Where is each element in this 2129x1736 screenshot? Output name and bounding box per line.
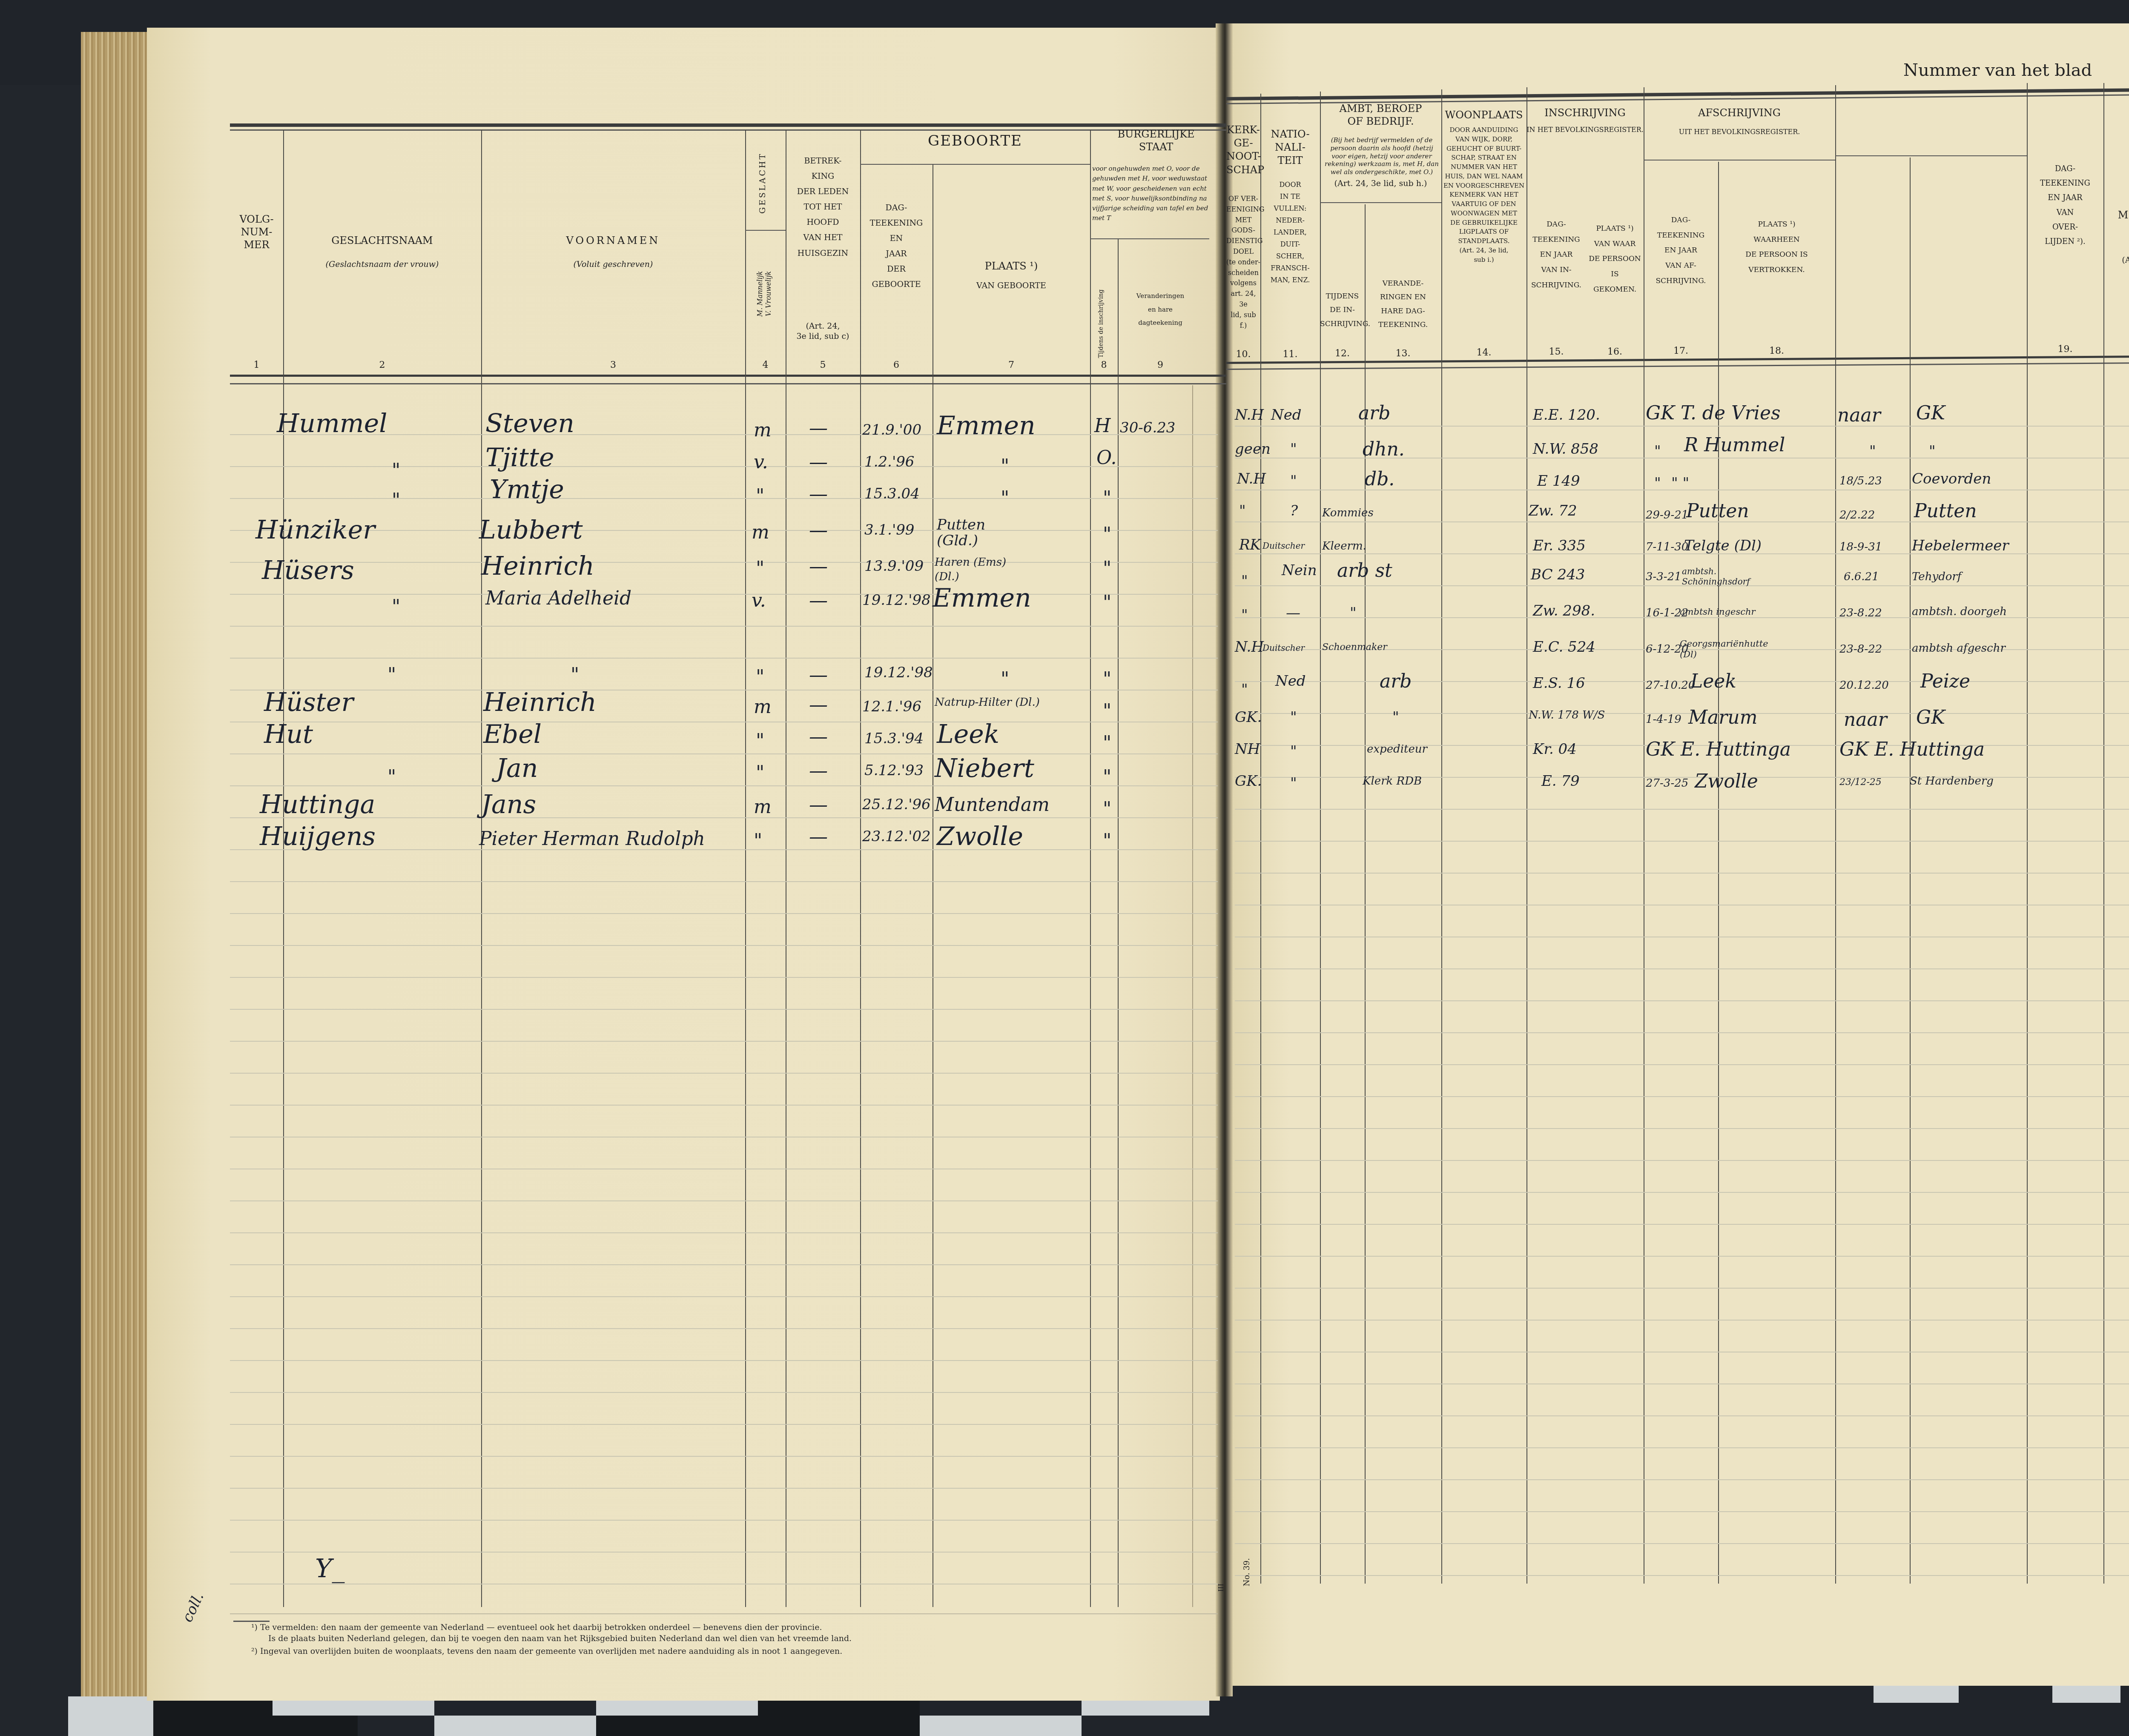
destination-cell: GK	[1916, 707, 1945, 728]
nationality-cell: "	[1290, 473, 1297, 490]
origin-cell: Zwolle	[1695, 771, 1758, 792]
civil-status-cell: "	[1103, 558, 1111, 579]
residence-cell: Kr. 04	[1533, 741, 1577, 758]
registration-cell: "	[1654, 475, 1661, 492]
sex-cell: v.	[752, 590, 766, 611]
firstnames-cell: Lubbert	[479, 515, 583, 545]
col20-number: 20.	[2103, 344, 2129, 355]
burgerlijke-staat-note: voor ongehuwden met O, voor de gehuwden …	[1092, 164, 1220, 223]
book-cover-left	[0, 85, 81, 1736]
col16-header: PLAATS ¹) VAN WAAR DE PERSOON IS GEKOMEN…	[1586, 221, 1644, 297]
col6-header: DAG- TEEKENING EN JAAR DER GEBOORTE	[860, 200, 933, 292]
birthplace-cell: Emmen	[933, 583, 1031, 613]
residence-cell: E.E. 120.	[1533, 407, 1600, 424]
origin-cell: ambtsh. Schöninghsdorf	[1682, 566, 1750, 587]
col6-number: 6	[860, 360, 933, 370]
col2-header: GESLACHTSNAAM	[283, 234, 481, 247]
col18-number: 18.	[1718, 346, 1835, 356]
civil-status-cell: "	[1103, 798, 1111, 820]
origin-cell: R Hummel	[1684, 434, 1785, 456]
deregistration-cell: 6.6.21	[1844, 570, 1879, 583]
surname-cell: "	[387, 766, 396, 788]
col8-number: 8	[1090, 360, 1118, 370]
nationality-cell: —	[1286, 604, 1300, 622]
civil-changes-cell: 30-6.23	[1120, 419, 1175, 436]
residence-cell: Zw. 298.	[1533, 602, 1595, 619]
surname-cell: Hüster	[264, 688, 353, 717]
nationality-cell: "	[1290, 743, 1297, 760]
destination-cell: Coevorden	[1912, 470, 1991, 487]
origin-cell: Telgte (Dl)	[1684, 537, 1762, 554]
civil-status-cell: "	[1103, 668, 1111, 690]
firstnames-cell: Ebel	[483, 719, 542, 749]
birthplace-cell: Muntendam	[935, 794, 1050, 816]
destination-cell: Hebelermeer	[1912, 537, 2009, 554]
birthdate-cell: 5.12.'93	[864, 762, 924, 779]
civil-status-cell: H	[1094, 415, 1110, 437]
destination-cell: "	[1929, 443, 1936, 460]
col3-number: 3	[481, 360, 745, 370]
col3-header: VOORNAMEN	[481, 234, 745, 247]
birthplace-cell: Emmen	[937, 411, 1036, 441]
destination-cell: Tehydorf	[1912, 570, 1962, 583]
residence-cell: E 149	[1537, 473, 1580, 490]
relation-cell: —	[809, 726, 828, 748]
col12-number: 12.	[1320, 348, 1365, 359]
deregistration-cell: 23/12-25	[1839, 777, 1882, 788]
nationality-cell: Ned	[1271, 407, 1302, 424]
birthplace-cell: "	[1001, 668, 1009, 690]
col9-header: Veranderingen en hare dagteekening	[1118, 289, 1203, 330]
origin-cell: " "	[1671, 475, 1689, 492]
deregistration-cell: 20.12.20	[1839, 679, 1889, 692]
sex-cell: m	[754, 696, 772, 718]
firstnames-cell: Jans	[481, 790, 536, 819]
col19-number: 19.	[2027, 344, 2103, 355]
col5-header: BETREK- KING DER LEDEN TOT HET HOOFD VAN…	[786, 153, 860, 261]
birthplace-cell: Natrup-Hilter (Dl.)	[935, 696, 1041, 709]
registration-cell: 27-3-25	[1646, 777, 1688, 790]
inschrijving-group-header: INSCHRIJVING	[1526, 106, 1644, 119]
destination-cell: ambtsh afgeschr	[1912, 642, 2006, 655]
civil-status-cell: "	[1103, 592, 1111, 613]
afschrijving-subheader: UIT HET BEVOLKINGSREGISTER.	[1644, 128, 1835, 136]
firstnames-cell: Pieter Herman Rudolph	[479, 828, 705, 850]
registration-cell: GK T. de Vries	[1646, 402, 1781, 424]
form-number: No. 39.	[1242, 1558, 1252, 1586]
relation-cell: —	[809, 556, 828, 577]
inschrijving-subheader: IN HET BEVOLKINGSREGISTER.	[1526, 126, 1644, 134]
occupation-cell: Kleerm.	[1322, 540, 1366, 553]
deregistration-cell: 23-8.22	[1839, 607, 1882, 619]
col10-header: KERK- GE- NOOT- SCHAP	[1226, 123, 1260, 177]
sex-cell: m	[752, 521, 769, 543]
page-stack-edge	[81, 32, 149, 1701]
occupation-cell: arb st	[1337, 560, 1392, 582]
deregistration-cell: 18-9-31	[1839, 541, 1882, 553]
church-cell: "	[1239, 502, 1246, 519]
surname-cell: "	[392, 460, 400, 481]
surname-cell: "	[392, 490, 400, 511]
origin-cell: Putten	[1686, 500, 1749, 522]
relation-cell: —	[809, 760, 828, 782]
deregistration-cell: naar	[1837, 404, 1881, 426]
birthdate-cell: 23.12.'02	[862, 828, 931, 845]
church-cell: NH	[1235, 741, 1260, 758]
col16-number: 16.	[1586, 347, 1644, 357]
relation-cell: —	[809, 451, 828, 473]
church-cell: GK.	[1235, 709, 1262, 726]
col13-number: 13.	[1365, 348, 1441, 359]
nationality-cell: Duitscher	[1262, 541, 1305, 551]
occupation-cell: expediteur	[1367, 743, 1427, 756]
col10-subheader: OF VER- EENIGING MET GODS- DIENSTIG DOEL…	[1226, 194, 1260, 331]
church-cell: GK.	[1235, 773, 1262, 790]
nationality-cell: Nein	[1282, 562, 1317, 579]
church-cell: "	[1241, 573, 1248, 590]
sex-cell: "	[754, 830, 762, 852]
col4-header: GESLACHT	[758, 140, 768, 226]
sex-cell: m	[754, 419, 772, 441]
birthplace-cell: Putten (Gld.)	[937, 517, 1022, 549]
col20-subheader: (Art. 24, 5e lid.)	[2103, 255, 2129, 266]
birthplace-cell: Niebert	[935, 753, 1034, 783]
col1-header: VOLG- NUM- MER	[230, 213, 283, 251]
col13-header: VERANDE- RINGEN EN HARE DAG- TEEKENING.	[1365, 277, 1441, 332]
occupation-cell: db.	[1365, 468, 1394, 490]
col5-subheader: (Art. 24, 3e lid, sub c)	[786, 321, 860, 342]
destination-cell: St Hardenberg	[1910, 775, 1994, 788]
footnote-1: ¹) Te vermelden: den naam der gemeente v…	[251, 1623, 822, 1632]
birthdate-cell: 13.9.'09	[864, 558, 924, 575]
sex-cell: m	[754, 796, 772, 818]
destination-cell: ambtsh. doorgeh	[1912, 605, 2007, 618]
deregistration-cell: 23-8-22	[1839, 643, 1882, 656]
birthdate-cell: 3.1.'99	[864, 521, 915, 539]
occupation-cell: "	[1392, 709, 1399, 726]
birthdate-cell: 1.2.'96	[864, 453, 915, 470]
firstnames-cell: "	[571, 664, 579, 686]
col3-subheader: (Voluit geschreven)	[481, 260, 745, 270]
col7-subheader: VAN GEBOORTE	[933, 281, 1090, 291]
col15-number: 15.	[1526, 347, 1586, 357]
birthdate-cell: 21.9.'00	[862, 421, 921, 438]
relation-cell: —	[809, 794, 828, 816]
col7-header: PLAATS ¹)	[933, 260, 1090, 272]
registration-cell: "	[1654, 443, 1661, 460]
birthplace-cell: Leek	[937, 719, 999, 749]
birthplace-cell: "	[1001, 487, 1009, 509]
registration-cell: 1-4-19	[1646, 713, 1681, 726]
col19-header: DAG- TEEKENING EN JAAR VAN OVER- LIJDEN …	[2027, 162, 2103, 249]
civil-status-cell: "	[1103, 524, 1111, 545]
surname-cell: Huijgens	[260, 822, 376, 851]
residence-cell: N.W. 858	[1533, 441, 1598, 458]
nationality-cell: "	[1290, 441, 1297, 458]
residence-cell: N.W. 178 W/S	[1529, 709, 1605, 722]
col14-subheader: DOOR AANDUIDING VAN WIJK, DORP, GEHUCHT …	[1441, 126, 1526, 264]
firstnames-cell: Jan	[496, 753, 538, 783]
col14-header: WOONPLAATS	[1441, 109, 1526, 121]
sex-cell: "	[756, 730, 764, 752]
residence-cell: E.C. 524	[1533, 639, 1595, 656]
occupation-cell: arb	[1358, 402, 1390, 424]
origin-cell: Marum	[1688, 707, 1757, 728]
church-cell: N.H	[1235, 407, 1264, 424]
deregistration-cell: naar	[1844, 709, 1887, 730]
civil-status-cell: "	[1103, 700, 1111, 722]
civil-status-cell: "	[1103, 830, 1111, 852]
col4-number: 4	[745, 360, 786, 370]
relation-cell: —	[809, 826, 828, 848]
col11-number: 11.	[1260, 349, 1320, 360]
sex-cell: "	[756, 762, 764, 784]
firstnames-cell: Steven	[485, 409, 574, 438]
nationality-cell: Duitscher	[1262, 643, 1305, 653]
burgerlijke-staat-group-header: BURGERLIJKE STAAT	[1090, 128, 1222, 153]
residence-cell: E. 79	[1541, 773, 1580, 790]
firstnames-cell: Heinrich	[481, 551, 594, 581]
origin-cell: ambtsh ingeschr	[1680, 607, 1756, 617]
ambt-article: (Art. 24, 3e lid, sub h.)	[1320, 179, 1441, 189]
registration-cell: 3-3-21	[1646, 570, 1681, 583]
ambt-group-header: AMBT, BEROEP OF BEDRIJF.	[1320, 102, 1441, 128]
deregistration-cell: 18/5.23	[1839, 475, 1882, 487]
gutter-mark: III	[1217, 1584, 1225, 1592]
residence-cell: BC 243	[1531, 566, 1585, 583]
firstnames-cell: Tjitte	[485, 443, 554, 473]
col11-subheader: DOOR IN TE VULLEN: NEDER- LANDER, DUIT- …	[1260, 179, 1320, 286]
registration-cell: 7-11-30	[1646, 541, 1688, 553]
relation-cell: —	[809, 664, 828, 686]
occupation-cell: "	[1350, 604, 1357, 622]
relation-cell: —	[809, 519, 828, 541]
nationality-cell: Ned	[1275, 673, 1306, 690]
registration-cell: GK E. Huttinga	[1646, 739, 1791, 760]
col11-header: NATIO- NALI- TEIT	[1260, 128, 1320, 168]
relation-cell: —	[809, 694, 828, 716]
surname-cell: Hünziker	[255, 515, 375, 545]
col7-number: 7	[933, 360, 1090, 370]
col17-number: 17.	[1644, 346, 1718, 356]
col14-number: 14.	[1441, 347, 1526, 358]
church-cell: N.H	[1237, 470, 1266, 487]
surname-cell: "	[387, 664, 396, 686]
geboorte-group-header: GEBOORTE	[860, 132, 1090, 150]
civil-status-cell: "	[1103, 732, 1111, 754]
birthplace-cell: Haren (Ems) (Dl.)	[935, 556, 1028, 584]
birthplace-cell: "	[1001, 455, 1009, 477]
sex-cell: "	[756, 558, 764, 579]
nationality-cell: "	[1290, 775, 1297, 792]
deregistration-cell: 2/2.22	[1839, 509, 1875, 521]
footnote-2: ²) Ingeval van overlijden buiten de woon…	[251, 1647, 842, 1656]
occupation-cell: Schoenmaker	[1322, 642, 1387, 653]
col12-header: TIJDENS DE IN- SCHRIJVING.	[1320, 289, 1365, 331]
residence-cell: Zw. 72	[1529, 502, 1577, 519]
destination-cell: Peize	[1920, 670, 1970, 692]
col17-header: DAG- TEEKENING EN JAAR VAN AF- SCHRIJVIN…	[1644, 213, 1718, 289]
nationality-cell: ?	[1290, 502, 1298, 519]
birthdate-cell: 12.1.'96	[862, 698, 921, 715]
col5-number: 5	[786, 360, 860, 370]
registration-cell: 27-10.20	[1646, 679, 1695, 692]
occupation-cell: arb	[1380, 670, 1412, 692]
birthplace-cell: Zwolle	[937, 822, 1023, 851]
church-cell: geen	[1235, 441, 1271, 458]
surname-cell: Hummel	[277, 409, 387, 438]
sex-cell: "	[756, 485, 764, 507]
birthdate-cell: 25.12.'96	[862, 796, 931, 813]
civil-status-cell: "	[1103, 487, 1111, 509]
nationality-cell: "	[1290, 709, 1297, 726]
relation-cell: —	[809, 417, 828, 439]
sheet-number-label: Nummer van het blad	[1903, 60, 2092, 81]
civil-status-cell: "	[1103, 766, 1111, 788]
footnote-rule	[233, 1621, 270, 1622]
church-cell: "	[1241, 607, 1248, 624]
afschrijving-group-header: AFSCHRIJVING	[1644, 106, 1835, 119]
col18-header: PLAATS ¹) WAARHEEN DE PERSOON IS VERTROK…	[1718, 217, 1835, 278]
registration-cell: 29-9-21	[1646, 509, 1688, 521]
deregistration-cell: "	[1869, 443, 1876, 460]
surname-cell: Huttinga	[260, 790, 375, 819]
col8-header: Tijdens de inschrijving	[1098, 281, 1105, 366]
church-cell: RK	[1239, 536, 1261, 553]
residence-cell: E.S. 16	[1533, 675, 1585, 692]
deregistration-cell: GK E. Huttinga	[1839, 739, 1985, 760]
church-cell: "	[1241, 681, 1248, 698]
firstnames-cell: Maria Adelheid	[485, 587, 631, 609]
bottom-initial-mark: Y_	[315, 1554, 345, 1584]
col10-number: 10.	[1226, 349, 1260, 360]
birthdate-cell: 19.12.'98	[864, 664, 933, 681]
occupation-cell: Kommies	[1322, 507, 1374, 519]
birthdate-cell: 15.3.'94	[864, 730, 924, 747]
col9-number: 9	[1118, 360, 1203, 370]
ambt-note: (Bij het bedrijf vermelden of de persoon…	[1324, 136, 1439, 176]
origin-cell: Georgsmariënhutte (Dl)	[1680, 639, 1748, 660]
col2-subheader: (Geslachtsnaam der vrouw)	[283, 260, 481, 270]
civil-status-cell: O.	[1096, 447, 1116, 469]
relation-cell: —	[809, 590, 828, 611]
firstnames-cell: Ymtje	[490, 475, 564, 504]
sex-cell: "	[756, 666, 764, 688]
col1-number: 1	[230, 360, 283, 370]
left-page	[147, 28, 1220, 1701]
sex-cell: v.	[754, 451, 768, 473]
footnote-1-continued: Is de plaats buiten Nederland gelegen, d…	[268, 1634, 852, 1643]
birthdate-cell: 15.3.04	[864, 485, 920, 502]
col20-header: AAN- MERKINGEN.	[2103, 196, 2129, 221]
destination-cell: Putten	[1914, 500, 1977, 522]
destination-cell: GK	[1916, 402, 1945, 424]
col15-header: DAG- TEEKENING EN JAAR VAN IN- SCHRIJVIN…	[1526, 217, 1586, 293]
firstnames-cell: Heinrich	[483, 688, 597, 717]
occupation-cell: dhn.	[1363, 438, 1405, 460]
origin-cell: Leek	[1690, 670, 1736, 692]
birthdate-cell: 19.12.'98	[862, 592, 931, 609]
col2-number: 2	[283, 360, 481, 370]
occupation-cell: Klerk RDB	[1363, 775, 1422, 788]
church-cell: N.H	[1235, 639, 1264, 656]
col4-subheader: M. Mannelijk V. Vrouwelijk	[756, 247, 773, 341]
surname-cell: Hut	[264, 719, 313, 749]
relation-cell: —	[809, 483, 828, 505]
surname-cell: "	[392, 596, 400, 618]
surname-cell: Hüsers	[262, 556, 354, 585]
residence-cell: Er. 335	[1533, 537, 1586, 554]
